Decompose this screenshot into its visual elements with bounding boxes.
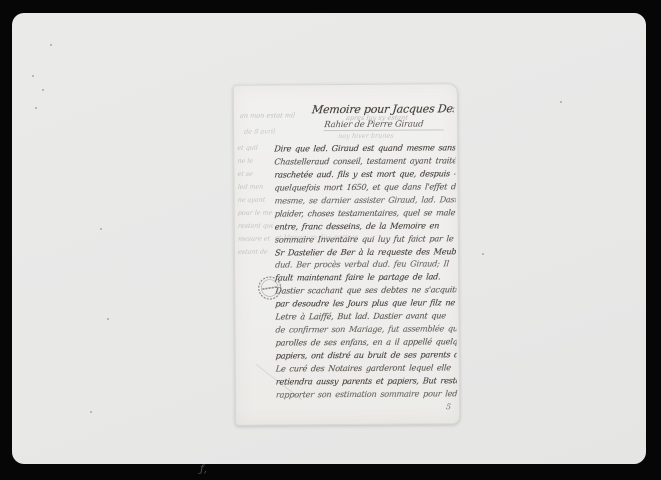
margin-bleedthrough: restant quel	[237, 220, 274, 233]
line-text: Le curé des Notaires garderont lequel el…	[275, 361, 457, 375]
line-text: Chastelleraud conseil, testament ayant t…	[274, 154, 456, 168]
margin-bleedthrough: ne ayant	[237, 194, 274, 207]
scan-frame: Memoire pour Jacques Destre Rahier de Pi…	[0, 0, 661, 480]
line-text: rapporter son estimation sommaire pour l…	[275, 387, 457, 401]
dust-speck	[50, 44, 52, 46]
dust-speck	[90, 411, 92, 413]
dust-speck	[107, 318, 109, 320]
dust-speck	[560, 101, 562, 103]
margin-bleedthrough: estant de	[237, 246, 274, 259]
dust-speck	[35, 107, 37, 109]
line-text: raschetée aud. fils y est mort que, desp…	[274, 167, 456, 181]
scanner-bed: Memoire pour Jacques Destre Rahier de Pi…	[12, 13, 646, 464]
bleedthrough-text: an mon estat mil	[239, 111, 306, 119]
bleedthrough-text: nay hiver brunes	[338, 132, 417, 141]
manuscript-page: Memoire pour Jacques Destre Rahier de Pi…	[233, 83, 460, 426]
body-lines: et quil Dire que led. Giraud est quand m…	[234, 141, 459, 401]
handwritten-line: rapporter son estimation sommaire pour l…	[236, 387, 459, 401]
margin-bleedthrough: et se	[237, 168, 274, 181]
line-text: retiendra aussy parents et papiers, But …	[275, 374, 457, 388]
corner-flourish: 5	[445, 402, 451, 412]
margin-bleedthrough: et quil	[236, 143, 273, 156]
line-text: papiers, ont distré au bruit de ses pare…	[275, 348, 457, 362]
line-text: parolles de ses enfans, en a il appellé …	[275, 335, 457, 349]
line-text: entre, franc desseins, de la Memoire en	[274, 219, 456, 233]
dust-speck	[482, 253, 484, 255]
line-text: mesme, se darnier assister Giraud, lad. …	[274, 193, 456, 207]
dust-speck	[100, 228, 102, 230]
margin-bleedthrough: led men	[237, 181, 274, 194]
dust-speck	[32, 75, 34, 77]
archive-stamp-icon	[254, 273, 285, 304]
line-text: sommaire Inventaire qui luy fut faict pa…	[274, 232, 456, 246]
line-text: Dire que led. Giraud est quand mesme san…	[274, 141, 456, 155]
bleedthrough-text: apres luy sy estant	[346, 113, 431, 122]
margin-bleedthrough: mesure et	[237, 233, 274, 246]
margin-bleedthrough: pour le men	[237, 207, 274, 220]
bleedthrough-text: de 8 avril	[244, 127, 297, 135]
line-text: quelquefois mort 1650, et que dans l'eff…	[274, 180, 456, 194]
margin-bleedthrough: ne le	[236, 155, 273, 168]
line-text: plaider, choses testamentaires, quel se …	[274, 206, 456, 220]
dust-speck	[42, 89, 44, 91]
frame-catalog-mark: ƒ,	[200, 464, 207, 475]
